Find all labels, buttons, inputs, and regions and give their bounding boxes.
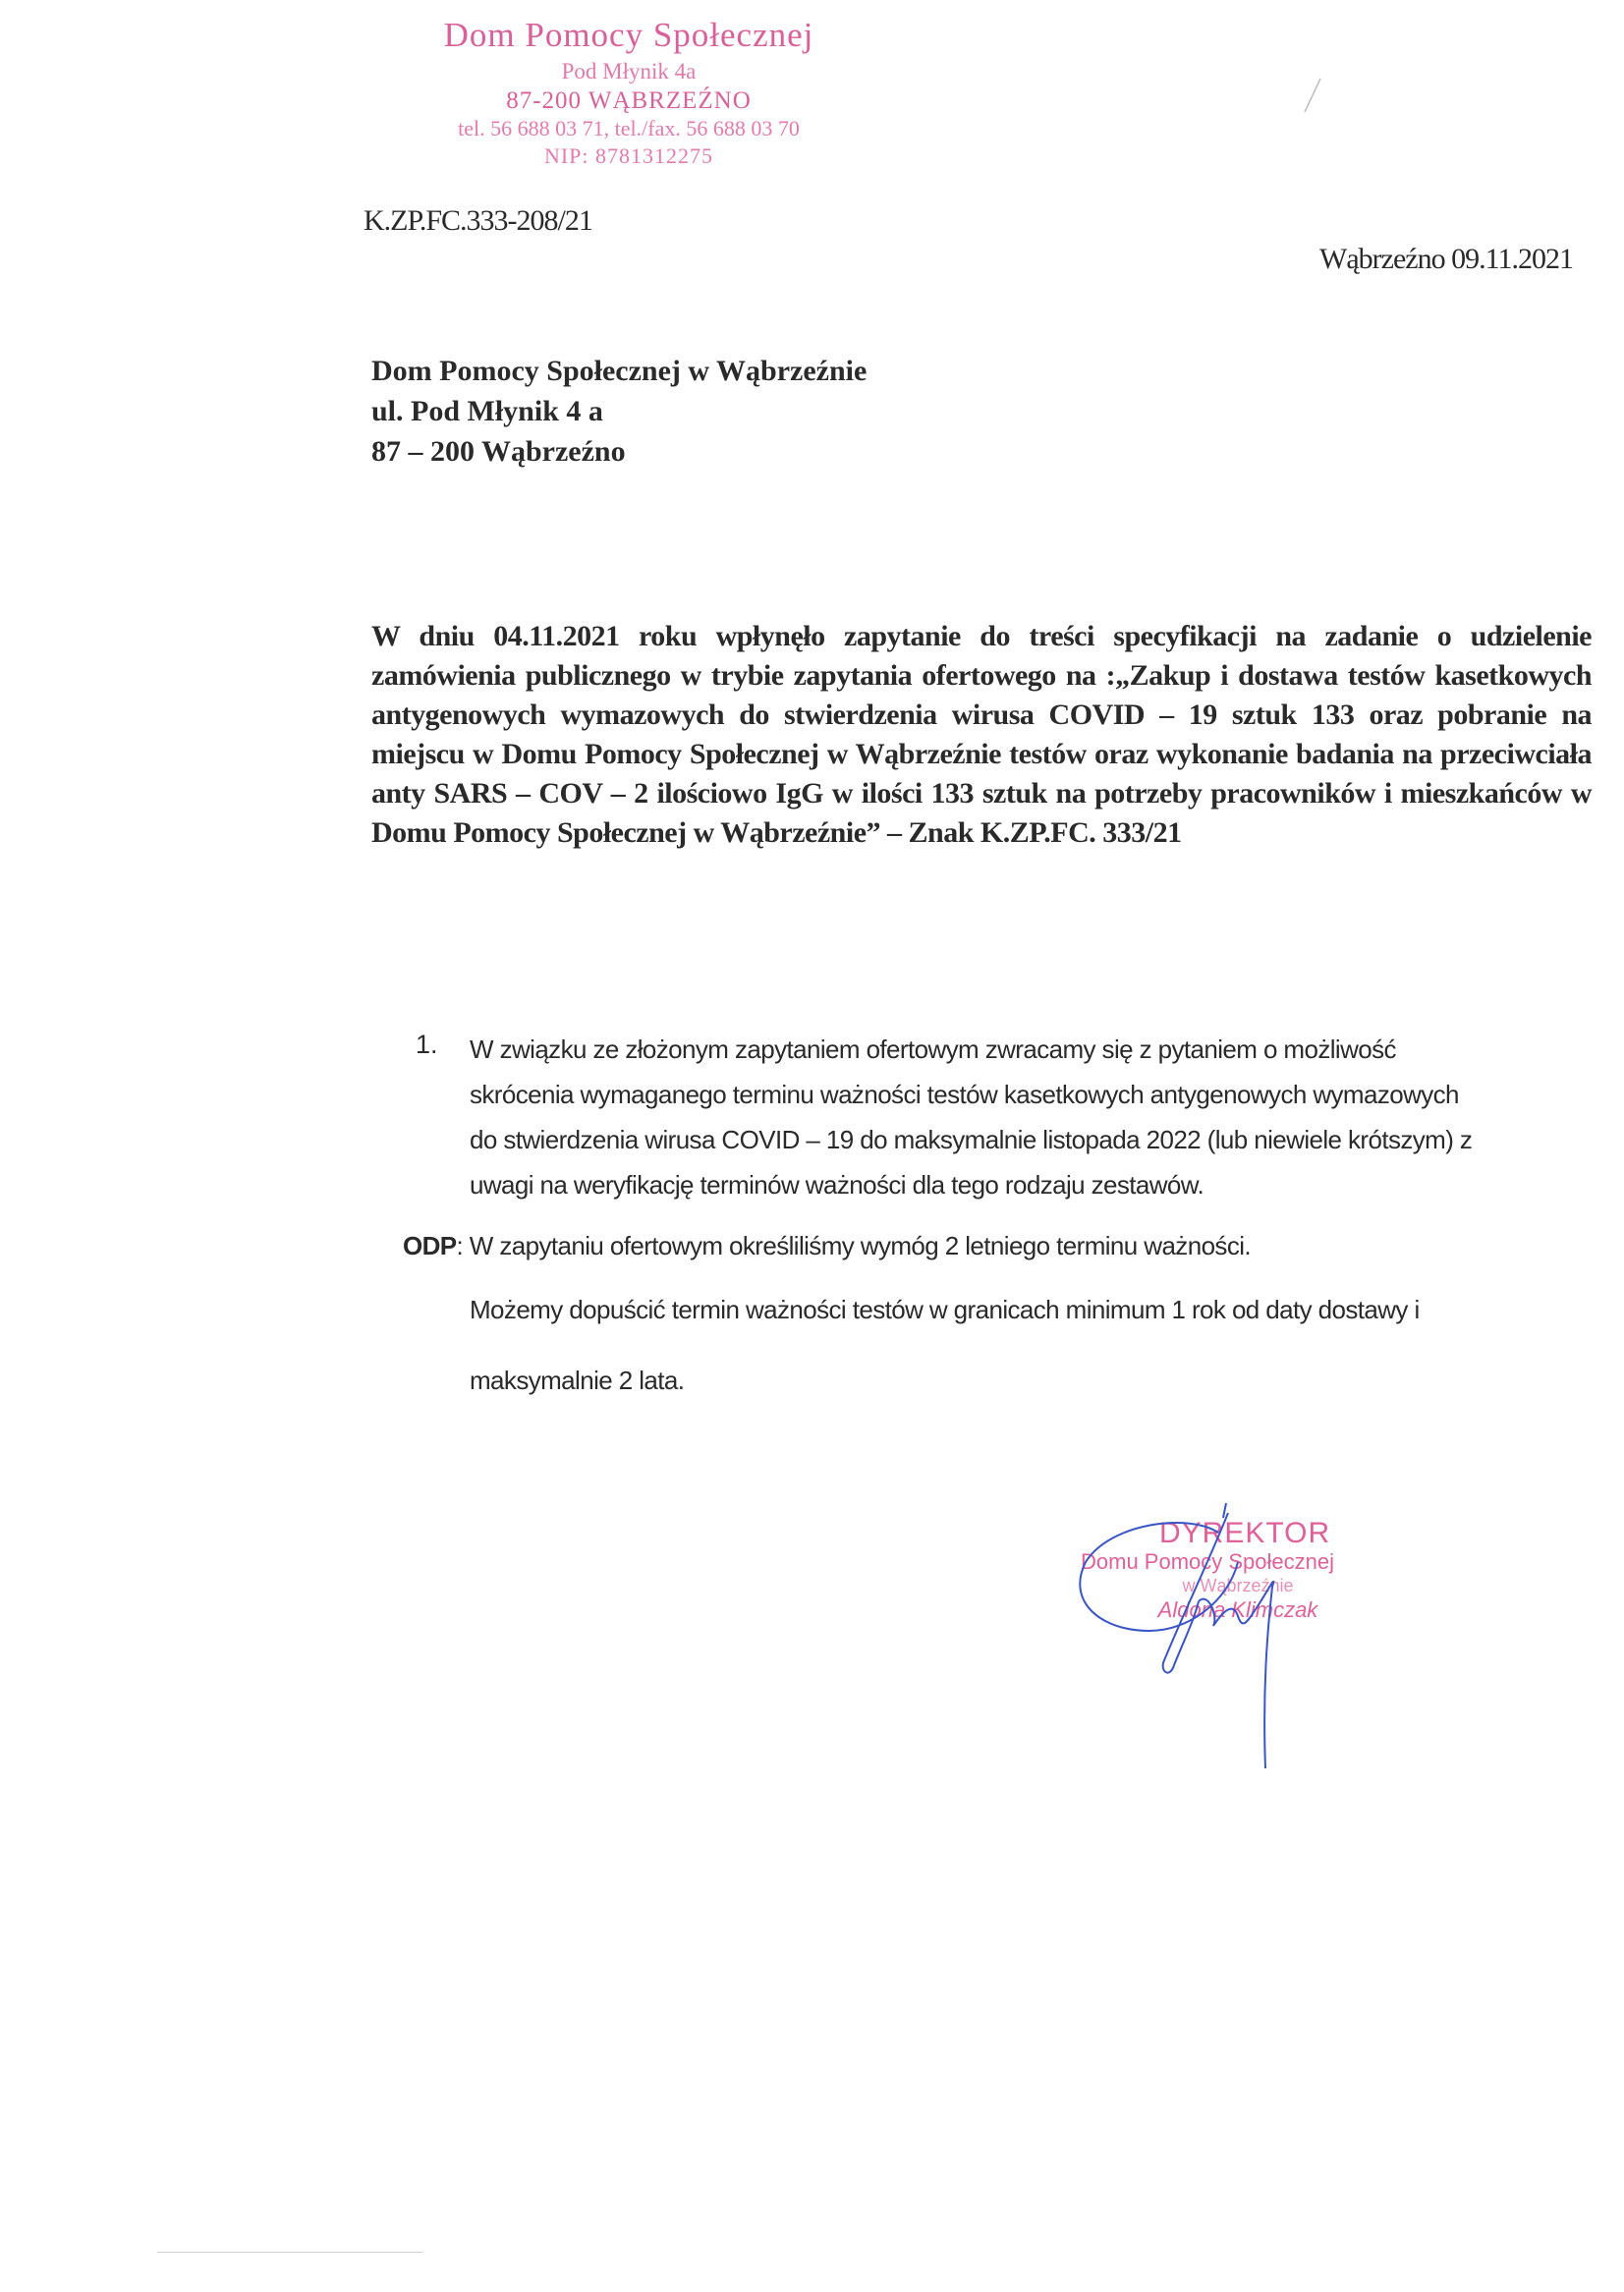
- question-line: W związku ze złożonym zapytaniem ofertow…: [470, 1027, 1599, 1072]
- pen-mark-icon: [1297, 77, 1326, 116]
- addressee-city: 87 – 200 Wąbrzeźno: [371, 431, 867, 472]
- reference-number: K.ZP.FC.333-208/21: [364, 204, 592, 238]
- answer-label: ODP: [403, 1231, 457, 1260]
- addressee-name: Dom Pomocy Społecznej w Wąbrzeźnie: [371, 351, 867, 391]
- question-number: 1.: [416, 1030, 438, 1060]
- answer-third-line: maksymalnie 2 lata.: [470, 1366, 684, 1396]
- stamp-phones: tel. 56 688 03 71, tel./fax. 56 688 03 7…: [388, 115, 869, 142]
- question-line: uwagi na weryfikację terminów ważności d…: [470, 1162, 1599, 1207]
- stamp-nip: NIP: 8781312275: [388, 142, 869, 170]
- answer-second-line: Możemy dopuścić termin ważności testów w…: [470, 1295, 1420, 1325]
- stamp-city: 87-200 WĄBRZEŹNO: [388, 86, 869, 115]
- place-and-date: Wąbrzeźno 09.11.2021: [1319, 243, 1573, 276]
- question-line: do stwierdzenia wirusa COVID – 19 do mak…: [470, 1117, 1599, 1162]
- question-line: skrócenia wymaganego terminu ważności te…: [470, 1072, 1599, 1117]
- addressee-block: Dom Pomocy Społecznej w Wąbrzeźnie ul. P…: [371, 351, 867, 472]
- stamp-institution-name: Dom Pomocy Społecznej: [388, 14, 869, 57]
- institution-stamp: Dom Pomocy Społecznej Pod Młynik 4a 87-2…: [388, 14, 869, 170]
- handwritten-signature-icon: [1071, 1493, 1326, 1788]
- stamp-street: Pod Młynik 4a: [388, 57, 869, 86]
- question-text: W związku ze złożonym zapytaniem ofertow…: [470, 1027, 1599, 1207]
- answer-text: : W zapytaniu ofertowym określiliśmy wym…: [457, 1231, 1251, 1260]
- intro-paragraph: W dniu 04.11.2021 roku wpłynęło zapytani…: [371, 617, 1592, 853]
- footer-divider: [157, 2252, 422, 2253]
- addressee-street: ul. Pod Młynik 4 a: [371, 391, 867, 431]
- answer-first-line: ODP: W zapytaniu ofertowym określiliśmy …: [403, 1231, 1251, 1261]
